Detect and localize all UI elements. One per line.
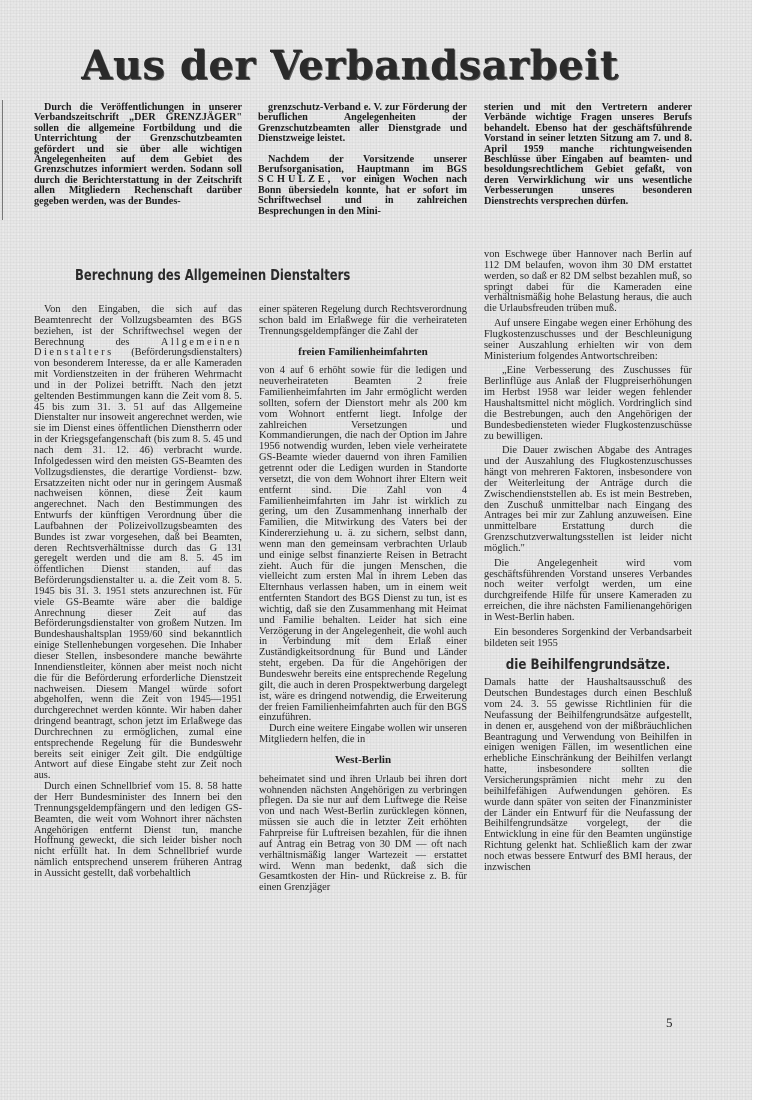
intro-column-2: grenzschutz-Verband e. V. zur Förderung …: [258, 103, 467, 227]
quote-paragraph: „Eine Verbesserung des Zuschusses für Be…: [484, 366, 692, 442]
ministry-quote: „Eine Verbesserung des Zuschusses für Be…: [484, 366, 692, 554]
intro-paragraph: sterien und mit den Vertretern anderer V…: [484, 103, 692, 207]
quote-paragraph: Die Dauer zwischen Abgabe des Antrages u…: [484, 446, 692, 554]
body-paragraph: Auf unsere Eingabe wegen einer Erhöhung …: [484, 319, 692, 362]
body-paragraph: beheimatet sind und ihren Urlaub bei ihr…: [259, 775, 467, 894]
page-number: 5: [666, 1015, 673, 1031]
body-paragraph: von Eschwege über Hannover nach Berlin a…: [484, 250, 692, 315]
intro-column-3: sterien und mit den Vertretern anderer V…: [484, 103, 692, 217]
body-paragraph: Damals hatte der Haushaltsausschuß des D…: [484, 678, 692, 873]
article-heading: Berechnung des Allgemeinen Dienstalters: [75, 266, 350, 284]
margin-mark: [2, 100, 3, 220]
page-title: Aus der Verbandsarbeit: [0, 42, 700, 89]
body-paragraph: Durch einen Schnellbrief vom 15. 8. 58 h…: [34, 782, 242, 880]
name-spaced: SCHULZE,: [258, 174, 333, 185]
body-paragraph: Die Angelegenheit wird vom geschäftsführ…: [484, 559, 692, 624]
intro-paragraph: Durch die Veröffentlichungen in unserer …: [34, 103, 242, 207]
intro-paragraph: Nachdem der Vorsitzende unserer Berufsor…: [258, 155, 467, 217]
subheading-west-berlin: West-Berlin: [259, 755, 467, 766]
body-paragraph: Ein besonderes Sorgenkind der Verbandsar…: [484, 628, 692, 650]
article-column-2: einer späteren Regelung durch Rechtsvero…: [259, 305, 467, 894]
subheading-beihilfengrundsaetze: die Beihilfengrundsätze.: [500, 660, 677, 671]
subheading-familienheimfahrten: freien Familienheimfahrten: [259, 347, 467, 358]
article-column-3: von Eschwege über Hannover nach Berlin a…: [484, 250, 692, 874]
body-paragraph: von 4 auf 6 erhöht sowie für die ledigen…: [259, 366, 467, 724]
body-paragraph: Von den Eingaben, die sich auf das Beamt…: [34, 305, 242, 782]
article-column-1: Von den Eingaben, die sich auf das Beamt…: [34, 305, 242, 880]
body-paragraph: einer späteren Regelung durch Rechtsvero…: [259, 305, 467, 338]
intro-column-1: Durch die Veröffentlichungen in unserer …: [34, 103, 242, 217]
body-paragraph: Durch eine weitere Eingabe wollen wir un…: [259, 724, 467, 746]
scanned-page: Aus der Verbandsarbeit Durch die Veröffe…: [0, 0, 752, 1100]
intro-paragraph: grenzschutz-Verband e. V. zur Förderung …: [258, 103, 467, 145]
